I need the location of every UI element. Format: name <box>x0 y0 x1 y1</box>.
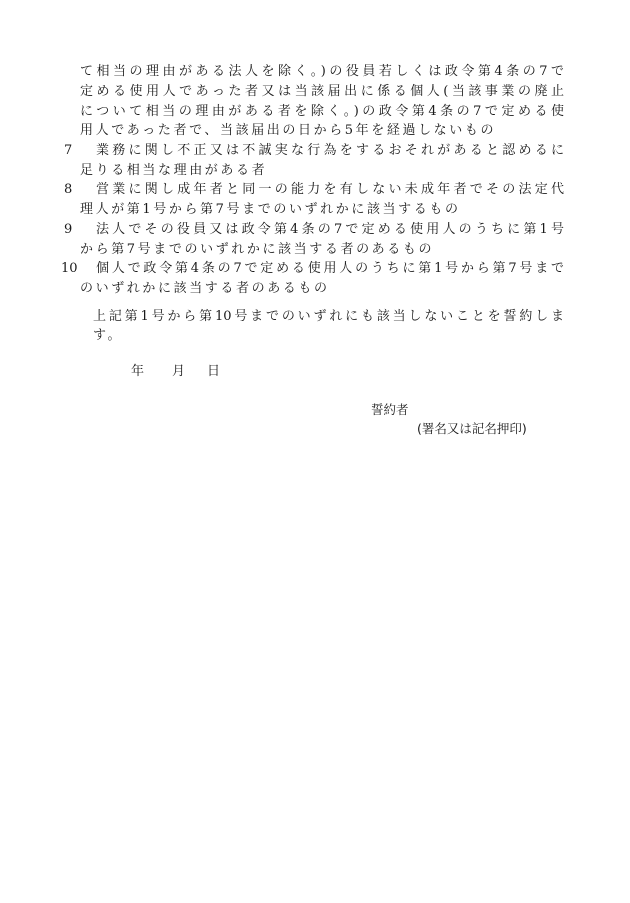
item-number: 7 <box>64 143 72 159</box>
text-line: 定める使用人であった者又は当該届出に係る個人(当該事業の廃止 <box>80 84 564 100</box>
text-line: 業務に関し不正又は不誠実な行為をするおそれがあると認めるに <box>96 143 564 159</box>
text-line: 用人であった者で、当該届出の日から5年を経過しないもの <box>80 123 496 139</box>
text-line: す。 <box>93 328 123 344</box>
text-line: について相当の理由がある者を除く。)の政令第4条の7で定める使 <box>80 104 564 120</box>
text-line: のいずれかに該当する者のあるもの <box>80 281 330 297</box>
date-month: 月 <box>172 364 185 380</box>
text-line: 理人が第1号から第7号までのいずれかに該当するもの <box>80 202 461 218</box>
item-number: 8 <box>64 182 72 198</box>
text-line: 法人でその役員又は政令第4条の7で定める使用人のうちに第1号 <box>96 222 564 238</box>
text-line: から第7号までのいずれかに該当する者のあるもの <box>80 242 434 258</box>
signature-label: 誓約者 <box>371 402 409 418</box>
text-line: 営業に関し成年者と同一の能力を有しない未成年者でその法定代 <box>96 182 564 198</box>
item-number: 10 <box>61 261 78 277</box>
date-day: 日 <box>207 364 220 380</box>
text-line: 上記第1号から第10号までのいずれにも該当しないことを誓約しま <box>93 309 564 325</box>
text-line: 個人で政令第4条の7で定める使用人のうちに第1号から第7号まで <box>96 261 564 277</box>
item-number: 9 <box>64 222 72 238</box>
date-year: 年 <box>131 364 144 380</box>
signature-note: (署名又は記名押印) <box>417 421 527 437</box>
text-line: 足りる相当な理由がある者 <box>80 163 267 179</box>
text-line: て相当の理由がある法人を除く。)の役員若しくは政令第4条の7で <box>80 64 564 80</box>
